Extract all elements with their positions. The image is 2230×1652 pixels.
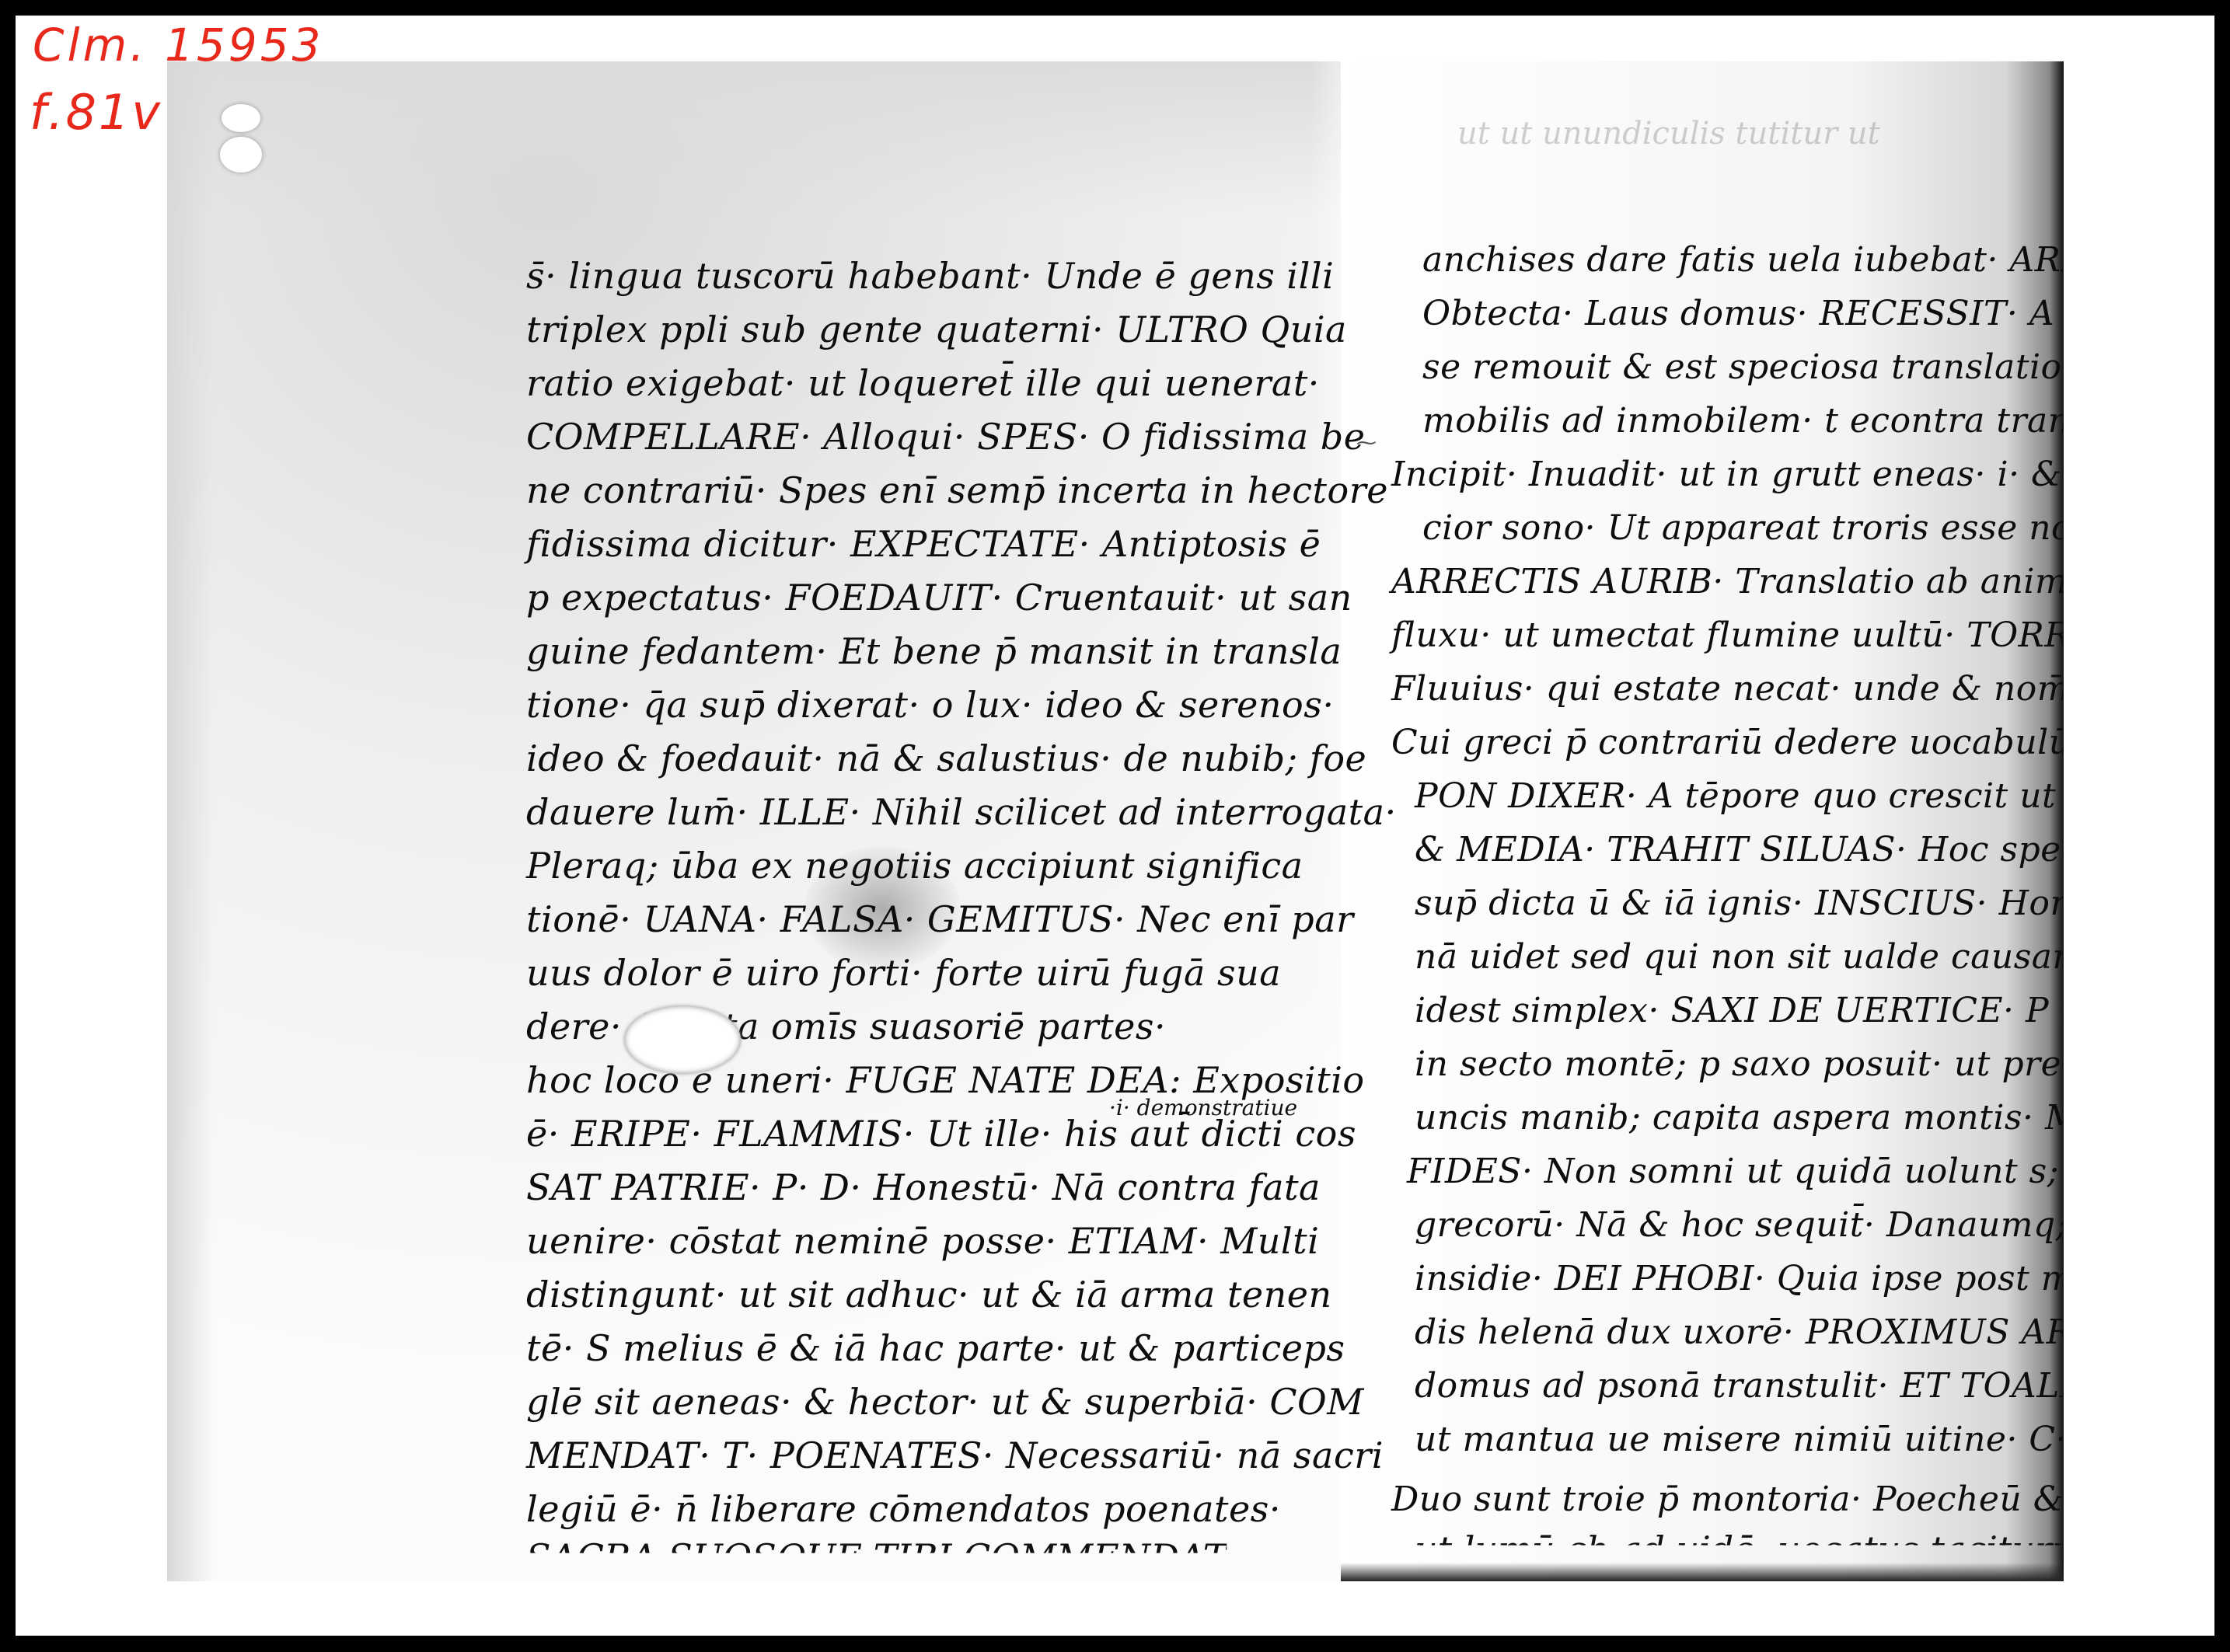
manuscript-photo: ut ut unundiculis tutitur ut s̄· lingua … (167, 61, 2064, 1581)
text-line: COMPELLARE· Alloqui· SPES· O fidissima b… (526, 415, 1365, 458)
text-line: ut mantua ue misere nimiū uitine· C· SIG… (1415, 1418, 2064, 1462)
text-line: PON DIXER· A tēpore quo crescit ut equi … (1415, 775, 2064, 818)
binding-hole-icon (222, 104, 260, 132)
text-line: uenire· cōstat neminē posse· ETIAM· Mult… (526, 1219, 1319, 1263)
text-line: Duo sunt troie p̄ montoria· Poecheū & si… (1391, 1478, 2064, 1521)
text-line: ideo & foedauit· nā & salustius· de nubi… (526, 737, 1366, 780)
text-line: legiū ē· n̄ liberare cōmendatos poenates… (526, 1487, 1281, 1531)
text-line: ARRECTIS AURIB· Translatio ab animalib; … (1391, 560, 2064, 604)
text-line: grecorū· Nā & hoc sequit̄· Danaumq; pate… (1415, 1204, 2064, 1247)
text-line: sup̄ dicta ū & iā ignis· INSCIUS· Honign… (1415, 882, 2064, 925)
text-line: SAT PATRIE· P· D· Honestū· Nā contra fat… (526, 1166, 1321, 1209)
text-line: cior sono· Ut appareat troris esse nonsa… (1422, 507, 2064, 550)
text-line: uus dolor ē uiro forti· forte uirū fugā … (526, 951, 1281, 995)
text-line: FIDES· Non somni ut quidā uolunt s; frau… (1407, 1150, 2064, 1194)
text-line: mobilis ad inmobilem· t econtra transfer… (1422, 399, 2064, 443)
cut-off-text-line: SACRA SUOSQUE TIBI COMMENDAT (526, 1536, 1227, 1578)
text-line: distingunt· ut sit adhuc· ut & iā arma t… (526, 1273, 1332, 1316)
text-line: ne contrariū· Spes enī semp̄ incerta in … (526, 469, 1388, 512)
folio-annotation: f.81v (30, 84, 162, 141)
text-line: tē· S melius ē & iā hac parte· ut & part… (526, 1326, 1345, 1370)
text-line: uncis manib; capita aspera montis· MANIF… (1415, 1096, 2064, 1140)
text-line: glē sit aeneas· & hector· ut & superbiā·… (526, 1380, 1364, 1424)
text-line: tionē· UANA· FALSA· GEMITUS· Nec enī par (526, 897, 1354, 941)
text-line: dis helenā dux uxorē· PROXIMUS ARDET· Ro (1415, 1311, 2064, 1354)
text-line: Cui greci p̄ contrariū dedere uocabulū· … (1391, 721, 2064, 765)
text-line: p expectatus· FOEDAUIT· Cruentauit· ut s… (526, 576, 1352, 619)
text-line: ratio exigebat· ut loqueret̄ ille qui ue… (526, 361, 1320, 405)
text-line: anchises dare fatis uela iubebat· ARBORI… (1422, 239, 2064, 282)
binding-hole-icon (220, 137, 262, 173)
binding-holes (214, 104, 262, 173)
text-line: guine fedantem· Et bene p̄ mansit in tra… (526, 629, 1342, 673)
text-line: insidie· DEI PHOBI· Quia ipse post mortē… (1415, 1257, 2064, 1301)
text-line: in secto montē; p saxo posuit· ut prensa… (1415, 1043, 2064, 1086)
text-line: se remouit & est speciosa translatio· qu… (1422, 346, 2064, 389)
text-line: idest simplex· SAXI DE UERTICE· P montis… (1415, 989, 2064, 1033)
text-line: s̄· lingua tuscorū habebant· Unde ē gens… (526, 254, 1334, 298)
text-line: dere· & nota omīs suasoriē partes· (526, 1005, 1166, 1048)
text-line: Incipit· Inuadit· ut in grutt eneas· i· … (1391, 453, 2064, 497)
right-page-bottom-shadow (1341, 1563, 2064, 1581)
text-line: fidissima dicitur· EXPECTATE· Antiptosis… (526, 522, 1321, 566)
text-line: & MEDIA· TRAHIT SILUAS· Hoc speciale flu… (1415, 828, 2064, 872)
left-shading (167, 61, 214, 1581)
text-line: fluxu· ut umectat flumine uultū· TORRENS… (1391, 614, 2064, 657)
faint-offset-text: ut ut unundiculis tutitur ut (1457, 116, 1880, 152)
margin-mark: ⁓ (1356, 431, 1377, 455)
text-line: Obtecta· Laus domus· RECESSIT· A frequen… (1422, 292, 2064, 336)
parchment-hole (624, 1005, 741, 1074)
text-line: dauere lum̄· ILLE· Nihil scilicet ad int… (526, 790, 1397, 834)
text-line: Pleraq; ūba ex negotiis accipiunt signif… (526, 844, 1303, 887)
text-line: MENDAT· T· POENATES· Necessariū· nā sacr… (526, 1434, 1384, 1477)
text-line: Fluuius· qui estate necat· unde & nom̄ a… (1391, 667, 2064, 711)
text-line: ē· ERIPE· FLAMMIS· Ut ille· his aut̄ dic… (526, 1112, 1356, 1155)
text-line: tione· q̄a sup̄ dixerat· o lux· ideo & s… (526, 683, 1334, 727)
text-line: nā uidet sed qui non sit ualde causarū p… (1415, 936, 2064, 979)
text-line: domus ad psonā transtulit· ET TOALETION·… (1415, 1364, 2064, 1408)
text-line: triplex ppli sub gente quaterni· ULTRO Q… (526, 308, 1347, 351)
